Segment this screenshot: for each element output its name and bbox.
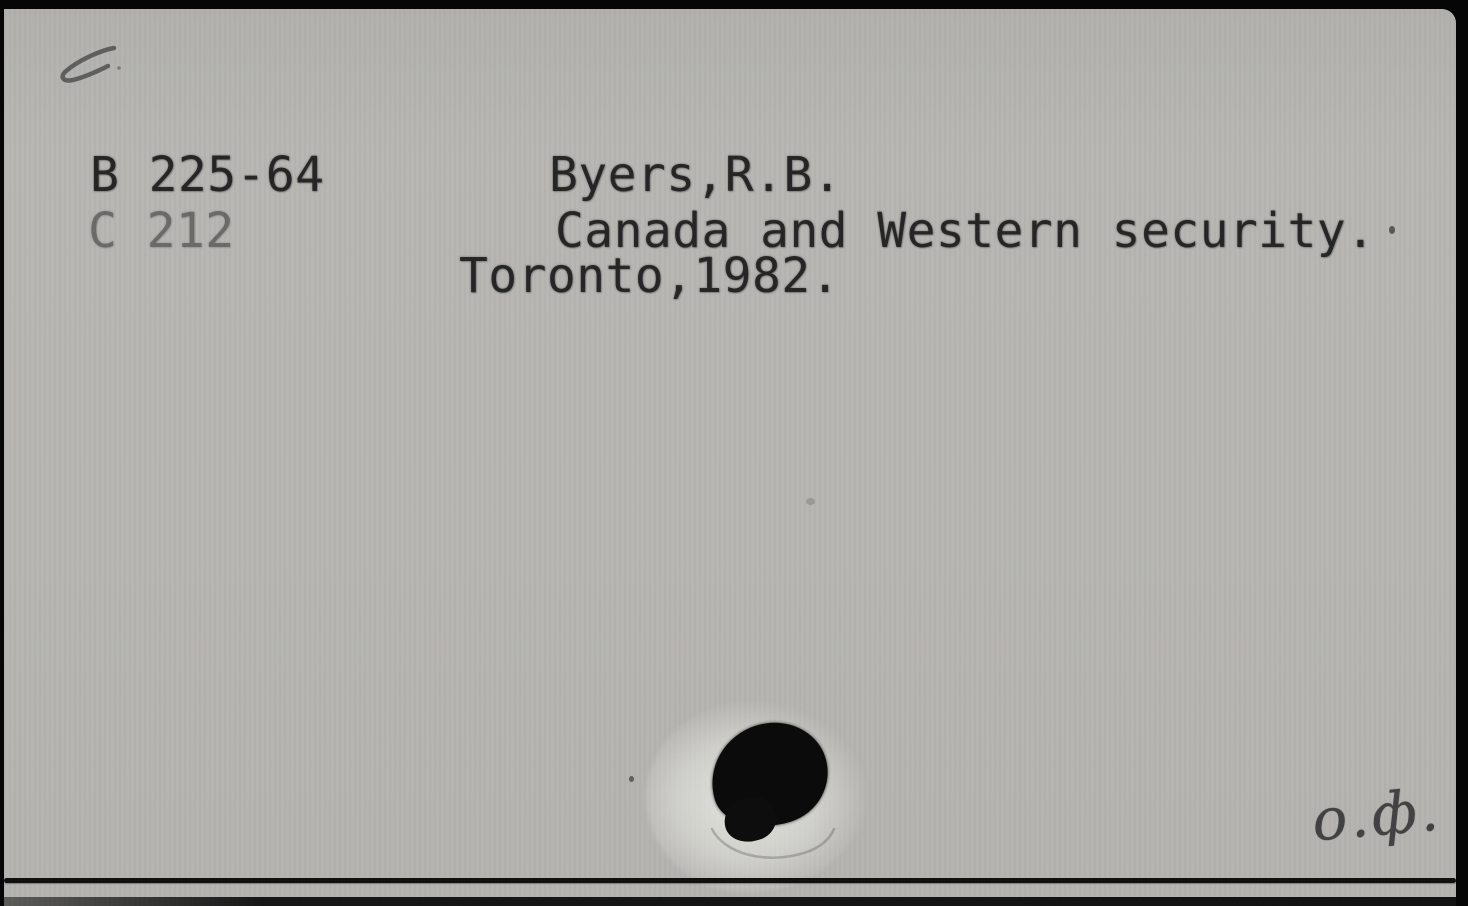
catalog-card: B 225-64 C 212 Byers,R.B. Canada and Wes… <box>4 9 1456 906</box>
author-line: Byers,R.B. <box>549 149 842 201</box>
ink-speck <box>1389 226 1395 234</box>
handwritten-corner-mark <box>50 41 124 89</box>
ink-speck <box>629 776 634 782</box>
ink-speck <box>806 498 815 505</box>
ink-blot-smear-outline <box>704 819 854 869</box>
handwritten-fund-mark: о.ф. <box>1309 775 1444 854</box>
bottom-rule <box>4 878 1456 883</box>
call-number-line-2: C 212 <box>88 205 235 257</box>
scanned-catalog-card: B 225-64 C 212 Byers,R.B. Canada and Wes… <box>0 0 1468 906</box>
call-number-line-1: B 225-64 <box>90 149 324 201</box>
card-bottom-edge-shadow <box>4 897 1456 906</box>
imprint-line: Toronto,1982. <box>459 250 840 302</box>
